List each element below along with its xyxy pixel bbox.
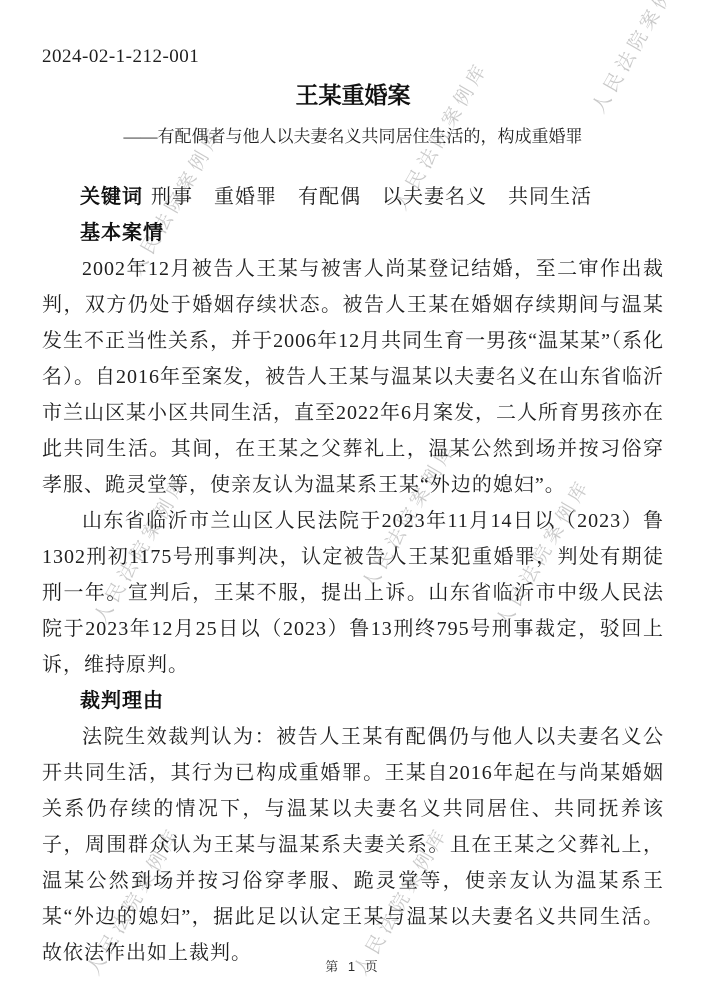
section-heading-basic-facts: 基本案情 xyxy=(42,215,664,251)
page-number-footer: 第 1 页 xyxy=(0,956,706,975)
paragraph-basic-facts-1: 2002年12月被告人王某与被害人尚某登记结婚，至二审作出裁判，双方仍处于婚姻存… xyxy=(42,251,664,503)
document-number: 2024-02-1-212-001 xyxy=(42,0,664,68)
keywords-items: 刑事 重婚罪 有配偶 以夫妻名义 共同生活 xyxy=(151,186,592,208)
section-heading-judgment-reasons: 裁判理由 xyxy=(42,683,664,719)
document-page: 人民法院案例库 人民法院案例库 人民法院案例库 人民法院案例库 人民法院案例库 … xyxy=(0,0,706,999)
keywords-label: 关键词 xyxy=(80,186,143,208)
case-subtitle: ——有配偶者与他人以夫妻名义共同居住生活的，构成重婚罪 xyxy=(42,125,664,149)
paragraph-judgment-reasons-1: 法院生效裁判认为：被告人王某有配偶仍与他人以夫妻名义公开共同生活，其行为已构成重… xyxy=(42,719,664,971)
paragraph-basic-facts-2: 山东省临沂市兰山区人民法院于2023年11月14日以（2023）鲁1302刑初1… xyxy=(42,503,664,683)
keywords-line: 关键词刑事 重婚罪 有配偶 以夫妻名义 共同生活 xyxy=(42,179,664,215)
case-title: 王某重婚案 xyxy=(42,82,664,110)
document-content: 2024-02-1-212-001 王某重婚案 ——有配偶者与他人以夫妻名义共同… xyxy=(0,0,706,971)
document-body: 关键词刑事 重婚罪 有配偶 以夫妻名义 共同生活 基本案情 2002年12月被告… xyxy=(42,179,664,971)
